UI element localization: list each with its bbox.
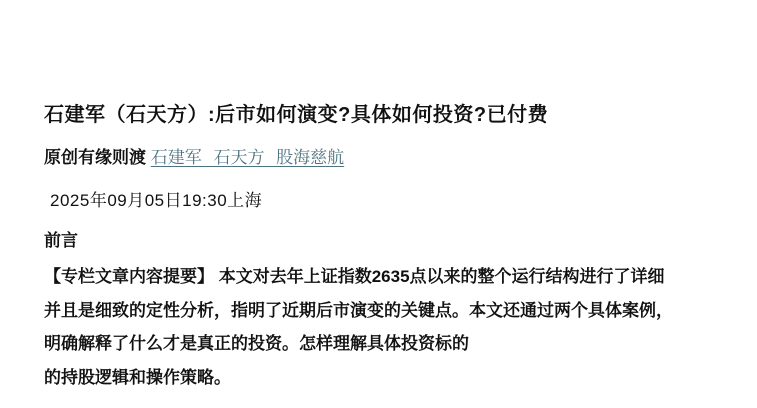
article-title: 石建军（石天方）:后市如何演变?具体如何投资?已付费: [44, 102, 727, 129]
article-page: 石建军（石天方）:后市如何演变?具体如何投资?已付费 原创有缘则渡 石建军 石天…: [0, 0, 757, 408]
summary-line-2: 并且是细致的定性分析，指明了近期后市演变的关键点。本文还通过两个具体案例，: [44, 294, 727, 328]
authors-link[interactable]: 石建军 石天方 股海慈航: [151, 148, 344, 167]
summary-paragraph: 【专栏文章内容提要】 本文对去年上证指数2635点以来的整个运行结构进行了详细 …: [44, 260, 727, 394]
byline: 原创有缘则渡 石建军 石天方 股海慈航: [44, 146, 727, 170]
publish-date: 2025年09月05日19:30上海: [44, 189, 727, 213]
summary-line-1: 【专栏文章内容提要】 本文对去年上证指数2635点以来的整个运行结构进行了详细: [44, 260, 727, 294]
origin-label: 原创有缘则渡: [44, 148, 146, 167]
preface-heading: 前言: [44, 229, 727, 253]
summary-line-4: 的持股逻辑和操作策略。: [44, 361, 727, 395]
summary-line-3: 明确解释了什么才是真正的投资。怎样理解具体投资标的: [44, 327, 727, 361]
